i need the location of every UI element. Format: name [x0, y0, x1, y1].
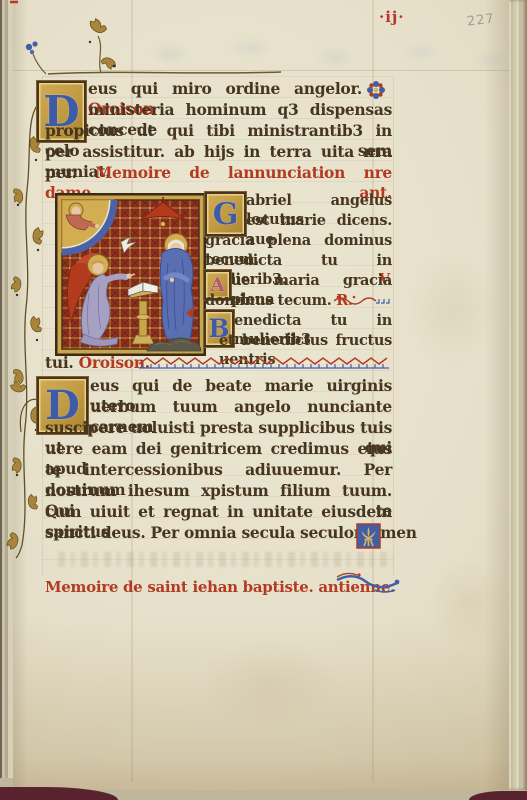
annunciation-miniature: [55, 193, 206, 356]
fleur-de-lis-filler-icon: [356, 523, 381, 549]
response-flourish: [332, 293, 392, 307]
rosette-ornament-icon: [366, 80, 387, 100]
text-line: tui. Oroison.: [45, 353, 150, 373]
bottom-flourish: [335, 570, 401, 598]
line-filler-zigzag: [137, 355, 392, 370]
quire-mark: ·ij·: [379, 8, 405, 26]
text-line: dominus tecum. R.: [205, 291, 353, 310]
illuminated-initial-g: G: [205, 192, 246, 236]
manuscript-page-photo: ·ij· 227 D eus qui miro ordine angelor. …: [0, 0, 527, 800]
